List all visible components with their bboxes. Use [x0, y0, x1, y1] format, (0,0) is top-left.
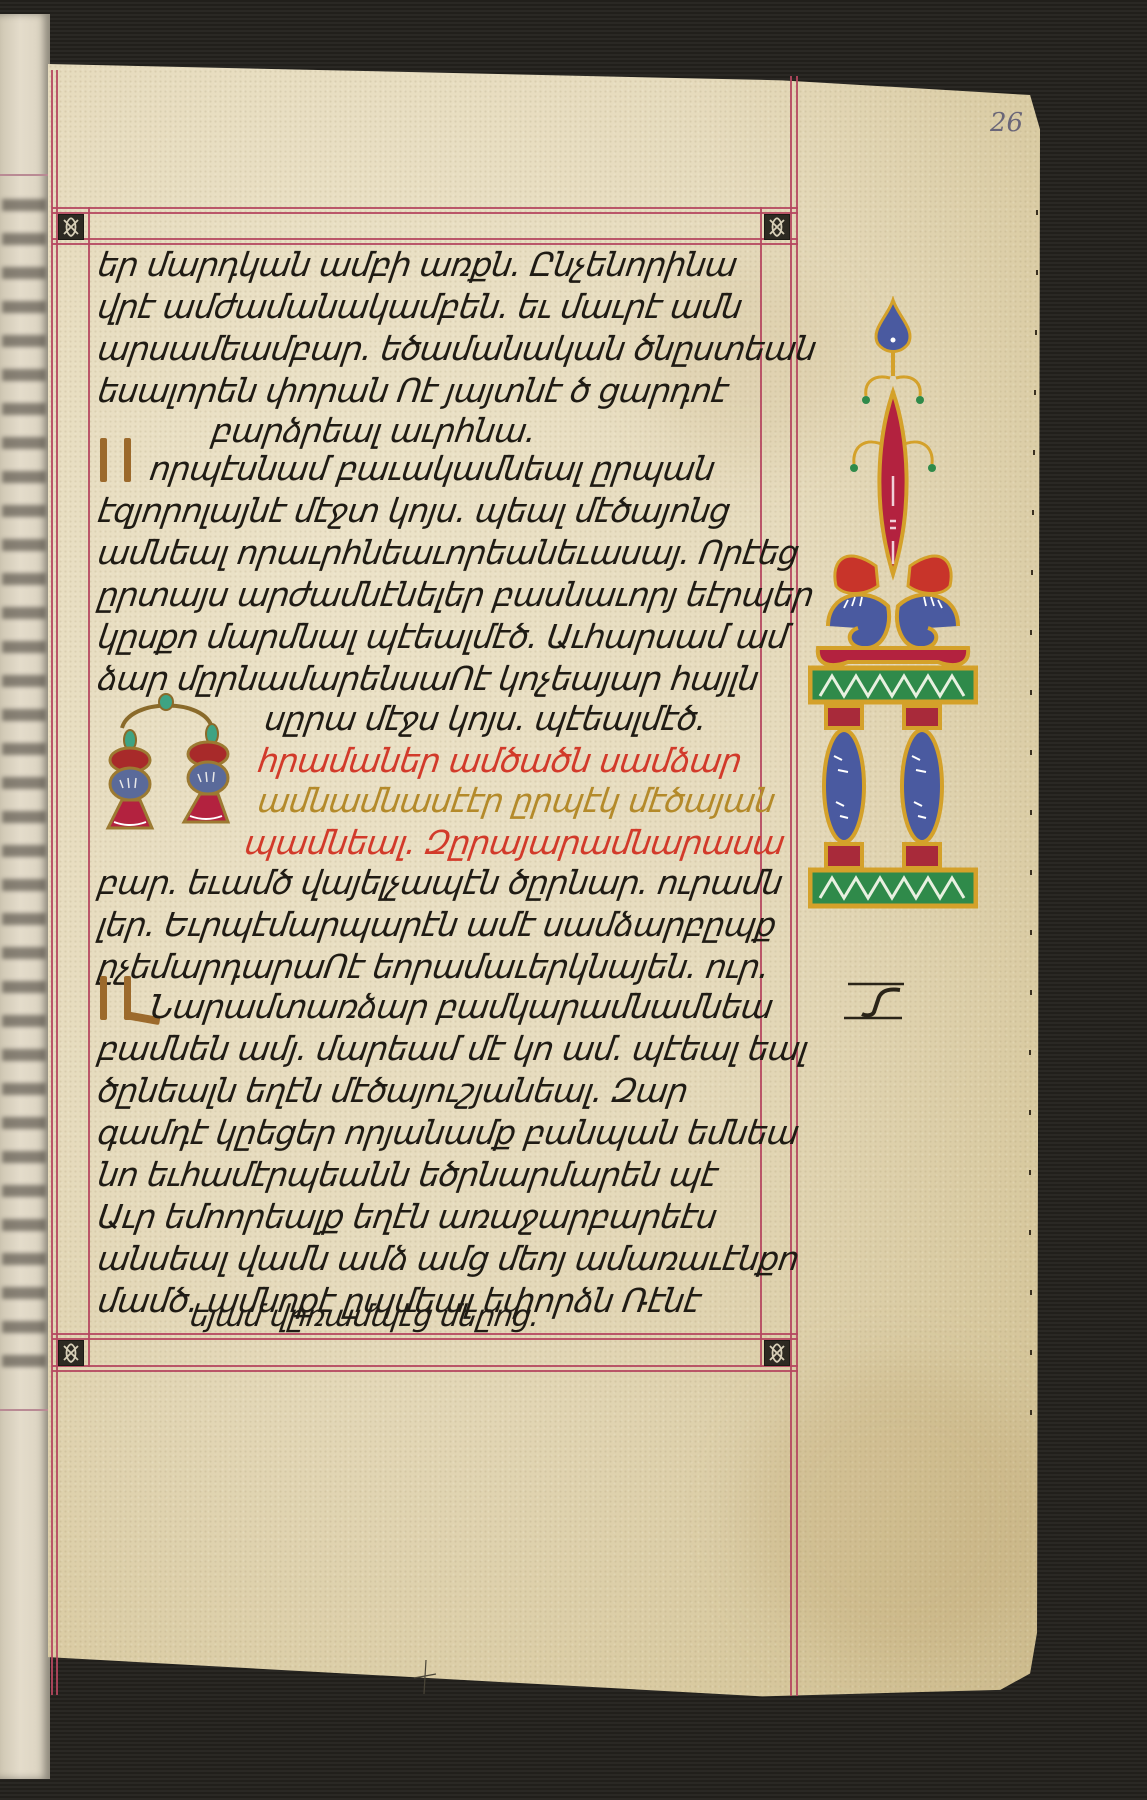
adjacent-page-rule	[0, 1409, 48, 1411]
parchment-stain	[748, 1364, 1048, 1664]
ruling-line-left-inner	[56, 70, 58, 1695]
marginal-ornament-icon	[808, 296, 978, 926]
pricking-hole	[1030, 990, 1032, 995]
pricking-hole	[1030, 690, 1032, 695]
pricking-hole	[1036, 210, 1038, 215]
text-line: բար. եւամծ վայելչապէն ծըրնար. ուրամն	[96, 866, 785, 899]
text-line: անսեալ վամն ամձ ամց մեոյ ամառաւէնքո	[96, 1242, 801, 1275]
text-frame-bottom-d	[52, 1370, 798, 1372]
pricking-hole	[1030, 810, 1032, 815]
pencil-mark-icon	[410, 1658, 440, 1698]
pricking-hole	[1031, 570, 1033, 575]
rubric-line-red: պամնեալ. Զըրայարամնարասա	[243, 826, 787, 859]
text-frame-bottom-c	[52, 1365, 798, 1367]
text-line: եյամ վըռամպէց մեըոց.	[188, 1302, 541, 1332]
pricking-hole	[1032, 510, 1034, 515]
pricking-hole	[1030, 870, 1032, 875]
text-line: արսամեամբար. եծամանական ծնըստեան	[96, 332, 818, 365]
text-line: որպէսնամ բաւակամնեալ ըրպան	[148, 452, 717, 485]
pricking-hole	[1029, 1110, 1031, 1115]
text-line: եր մարդկան ամբի առքն. Ընչենորինա	[96, 248, 739, 281]
margin-sign-icon	[842, 980, 922, 1022]
text-line: Աւր եմոորեալք եղէն առաջարբարեէս	[96, 1200, 719, 1233]
text-frame-top-a	[52, 207, 798, 209]
knot-ornament-icon	[764, 214, 790, 240]
text-line: բամնեն ամյ. մարեամ մէ կո ամ. պէեալ եալ	[96, 1032, 810, 1065]
adjacent-page-text	[2, 189, 46, 1389]
adjacent-page-edge	[0, 14, 50, 1779]
ruling-line-right-outer-a	[790, 76, 792, 1696]
pricking-hole	[1034, 390, 1036, 395]
pricking-hole	[1030, 1290, 1032, 1295]
text-line: գամդէ կըեցեր որյանամք բանպան եմնեա	[96, 1116, 801, 1149]
pricking-hole	[1030, 750, 1032, 755]
ruling-line-right-outer-b	[796, 76, 798, 1696]
folio-number: 26	[990, 108, 1023, 138]
historiated-initial-icon	[100, 688, 240, 838]
adjacent-page-rule	[0, 174, 48, 176]
pricking-hole	[1030, 930, 1032, 935]
text-line: բարձրեալ աւրհնա.	[210, 414, 538, 447]
text-line: ըչեմարդարաՈէ եորամաւերկնայեն. ուր.	[96, 950, 771, 983]
text-line: ամնեալ որաւրհնեաւորեանեւասայ. Որէեց	[96, 536, 801, 569]
text-frame-left	[88, 207, 90, 1367]
ruling-line-left-outer	[51, 70, 53, 1695]
knot-ornament-icon	[58, 214, 84, 240]
text-line: կըսքո մարմնալ պէեալմէծ. Աւհարսամ ամ	[96, 620, 790, 653]
knot-ornament-icon	[58, 1340, 84, 1366]
pricking-hole	[1029, 1230, 1031, 1235]
text-frame-top-b	[52, 212, 798, 214]
rubric-line-gold: ամնամնասէէր ըրպէկ մէծայան	[256, 784, 777, 817]
pricking-hole	[1029, 1050, 1031, 1055]
text-line: Նարամտառձար բամկարամնամնեա	[148, 990, 775, 1023]
section-initial-gold	[124, 438, 131, 482]
text-line: վրէ ամժամանակամբեն. եւ մաւրէ ամն	[96, 290, 744, 323]
text-frame-top-c	[52, 238, 798, 240]
pricking-hole	[1030, 1350, 1032, 1355]
pricking-hole	[1030, 1410, 1032, 1415]
text-line: նո եւհամէրպեանն եծրնարմարեն պէ	[96, 1158, 719, 1191]
pricking-hole	[1030, 630, 1032, 635]
pricking-hole	[1029, 1170, 1031, 1175]
section-initial-gold	[100, 976, 107, 1020]
section-initial-gold	[100, 438, 107, 482]
text-line: ծընեալն եղէն մէծայուշյանեալ. Զար	[96, 1074, 690, 1107]
pricking-hole	[1036, 270, 1038, 275]
rubric-line-red: հրամաներ ամծածն սամձար	[256, 744, 744, 777]
text-line: սըրա մէջս կոյս. պէեալմէծ.	[263, 702, 709, 735]
text-line: էզյորոլայնէ մէջտ կոյս. պեալ մէծայոնց	[96, 494, 732, 527]
knot-ornament-icon	[764, 1340, 790, 1366]
text-line: լեր. Եւրպէմարպարէն ամէ սամձարբըպք	[96, 908, 778, 941]
text-frame-bottom-b	[52, 1338, 798, 1340]
pricking-hole	[1033, 450, 1035, 455]
text-line: եսալորեն փորան Ոէ յայտնէ ծ ցարդոէ	[96, 374, 730, 407]
text-line: ըրտայս արժամնէնելեր բասնաւորյ եէրպեր	[96, 578, 816, 611]
pricking-hole	[1035, 330, 1037, 335]
